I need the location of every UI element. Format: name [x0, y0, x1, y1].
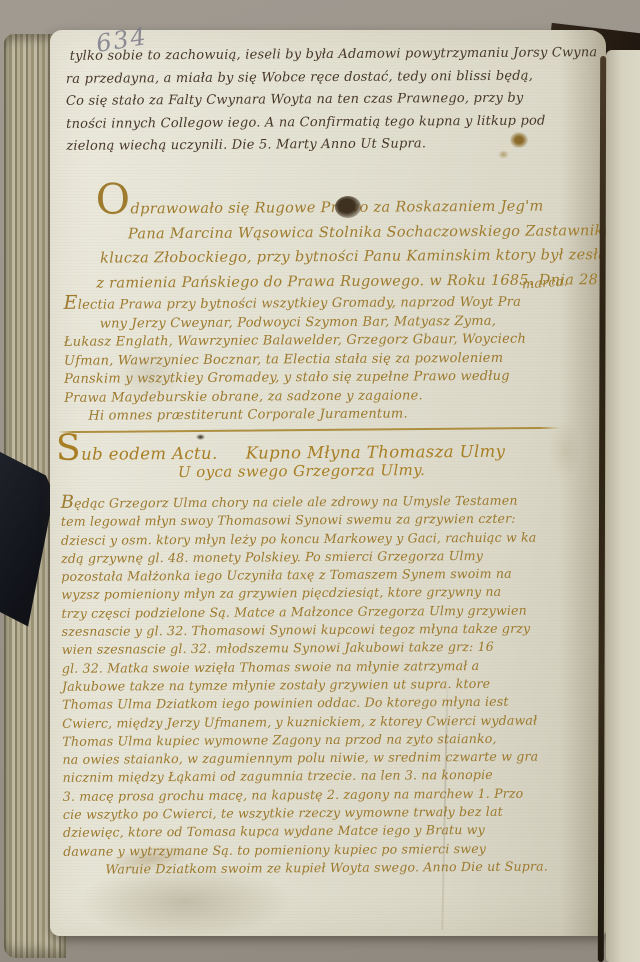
- manuscript-line: klucza Złobockiego, przy bytności Panu K…: [66, 243, 594, 271]
- photo-background: 634 tylko sobie to zachowuią, ieseli by …: [0, 0, 640, 962]
- entry-rug-court: Odprawowało się Rugowe Prawo za Roskazan…: [66, 184, 595, 296]
- manuscript-line: dziesci y osm. ktory młyn leży po koncu …: [61, 528, 597, 550]
- brown-stain: [510, 132, 528, 148]
- faint-smudge: [114, 346, 184, 402]
- bottom-smudge: [80, 866, 290, 938]
- faint-smudge: [548, 420, 582, 480]
- manuscript-line: tylko sobie to zachowuią, ieseli by była…: [66, 42, 598, 68]
- entry-mill-purchase: Będąc Grzegorz Ulma chory na ciele ale z…: [61, 490, 600, 879]
- facing-page-edge: [606, 50, 640, 962]
- manuscript-page: 634 tylko sobie to zachowuią, ieseli by …: [50, 30, 606, 936]
- manuscript-line: Cwierc, między Jerzy Ufmanem, y kuznicki…: [62, 711, 598, 733]
- heading-subtitle: U oyca swego Grzegorza Ulmy.: [178, 461, 425, 481]
- heading-latin: Sub eodem Actu.: [56, 444, 218, 464]
- manuscript-line: Pana Marcina Wąsowica Stolnika Sochaczow…: [66, 219, 594, 247]
- brown-stain: [498, 150, 509, 159]
- manuscript-line: Hi omnes præstiterunt Corporale Jurament…: [64, 404, 596, 426]
- heading-title: Kupno Młyna Thomasza Ulmy: [246, 442, 506, 463]
- manuscript-line: Odprawowało się Rugowe Prawo za Roskazan…: [66, 184, 594, 222]
- ink-speck: [196, 434, 205, 440]
- manuscript-line: Będąc Grzegorz Ulma chory na ciele ale z…: [61, 490, 597, 513]
- ink-blot-stain: [335, 196, 361, 218]
- manuscript-line: Electia Prawa przy bytności wszytkiey Gr…: [64, 290, 596, 315]
- manuscript-line: 3. macę prosa grochu macę, na kapustę 2.…: [63, 784, 599, 806]
